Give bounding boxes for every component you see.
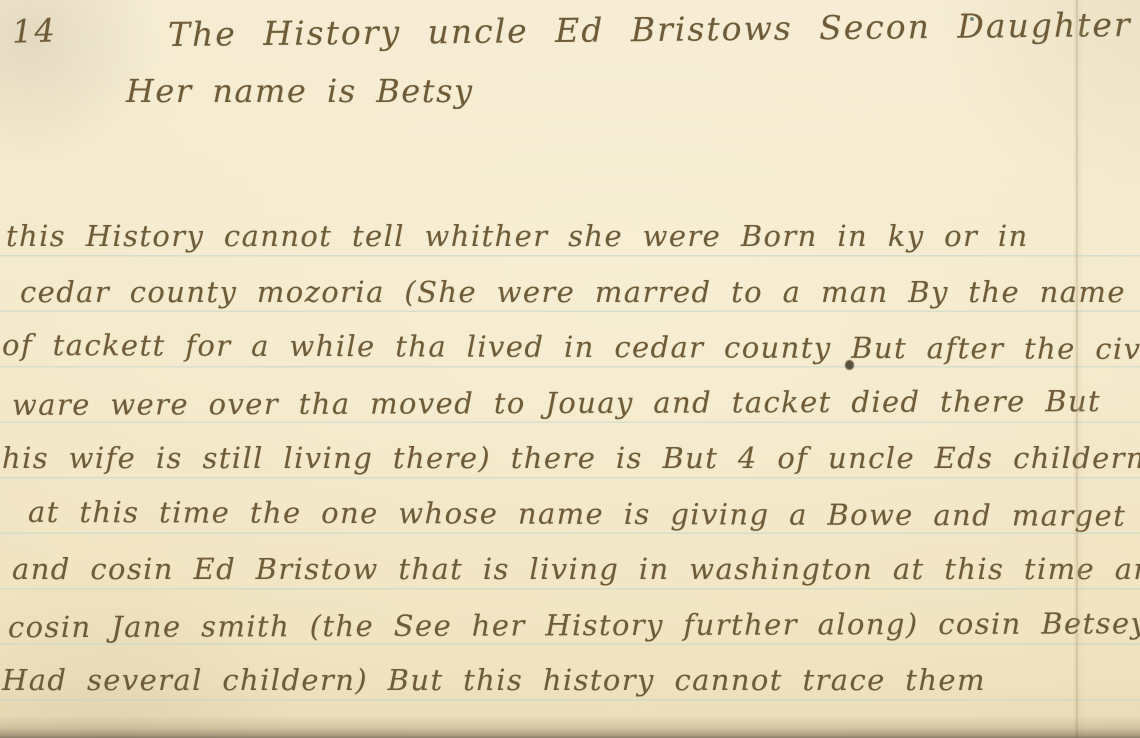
ink-blot bbox=[845, 360, 854, 370]
handwritten-line: cedar county mozoria (She were marred to… bbox=[20, 275, 1126, 309]
page-crease bbox=[1076, 0, 1078, 738]
handwritten-line: Had several childern) But this history c… bbox=[2, 663, 986, 697]
handwritten-line: at this time the one whose name is givin… bbox=[28, 494, 1140, 532]
title-line-1: The History uncle Ed Bristows Secon Daug… bbox=[168, 5, 1132, 54]
page-number: 14 bbox=[11, 11, 57, 51]
handwritten-line: and cosin Ed Bristow that is living in w… bbox=[12, 552, 1140, 586]
handwritten-line: his wife is still living there) there is… bbox=[2, 441, 1140, 475]
ink-speck bbox=[970, 17, 974, 21]
handwritten-line: ware were over tha moved to Jouay and ta… bbox=[12, 384, 1101, 422]
title-line-2: Her name is Betsy bbox=[126, 72, 474, 110]
handwritten-line: this History cannot tell whither she wer… bbox=[6, 219, 1029, 253]
page-edge-shadow bbox=[0, 716, 1140, 738]
handwritten-line: cosin Jane smith (the See her History fu… bbox=[8, 605, 1140, 643]
manuscript-page: 14 The History uncle Ed Bristows Secon D… bbox=[0, 0, 1140, 738]
handwritten-line: of tackett for a while tha lived in ceda… bbox=[2, 328, 1140, 366]
